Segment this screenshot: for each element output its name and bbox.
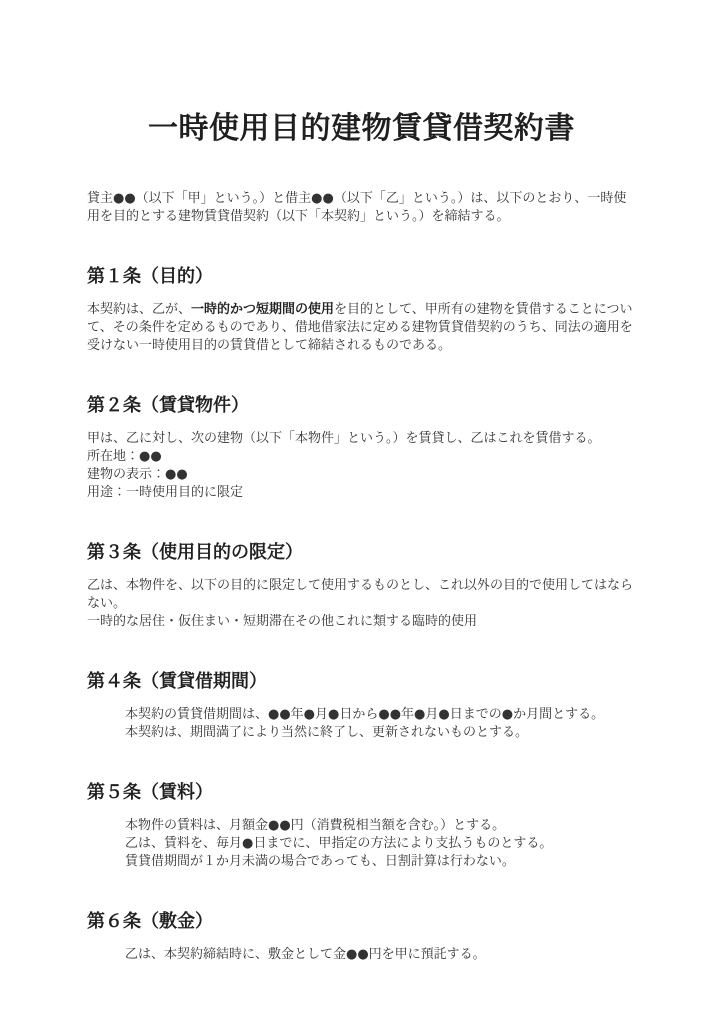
article-line: 乙は、本物件を、以下の目的に限定して使用するものとし、これ以外の目的で使用しては… bbox=[87, 577, 636, 613]
article-body: 本契約の賃貸借期間は、●●年●月●日から●●年●月●日までの●か月間とする。本契… bbox=[87, 706, 636, 742]
articles-container: 第１条（目的） 本契約は、乙が、一時的かつ短期間の使用を目的として、甲所有の建物… bbox=[87, 264, 636, 964]
article-line: 本契約の賃貸借期間は、●●年●月●日から●●年●月●日までの●か月間とする。 bbox=[125, 706, 636, 724]
article-body: 乙は、本契約締結時に、敷金として金●●円を甲に預託する。 bbox=[87, 946, 636, 964]
article-line: 所在地：●● bbox=[87, 448, 636, 466]
article-line: 乙は、本契約締結時に、敷金として金●●円を甲に預託する。 bbox=[125, 946, 636, 964]
body-text: 一時的な居住・仮住まい・短期滞在その他これに類する臨時的使用 bbox=[87, 614, 477, 629]
body-text: 乙は、本契約締結時に、敷金として金●●円を甲に預託する。 bbox=[125, 947, 486, 962]
article-heading: 第１条（目的） bbox=[87, 264, 636, 289]
body-text: 乙は、本物件を、以下の目的に限定して使用するものとし、これ以外の目的で使用しては… bbox=[87, 578, 633, 611]
article-heading: 第２条（賃貸物件） bbox=[87, 393, 636, 418]
document-title: 一時使用目的建物賃貸借契約書 bbox=[87, 108, 636, 150]
article-line: 本物件の賃料は、月額金●●円（消費税相当額を含む。）とする。 bbox=[125, 817, 636, 835]
article-heading: 第６条（敷金） bbox=[87, 909, 636, 934]
article-line: 乙は、賃料を、毎月●日までに、甲指定の方法により支払うものとする。 bbox=[125, 835, 636, 853]
article-section: 第３条（使用目的の限定） 乙は、本物件を、以下の目的に限定して使用するものとし、… bbox=[87, 540, 636, 631]
article-section: 第６条（敷金） 乙は、本契約締結時に、敷金として金●●円を甲に預託する。 bbox=[87, 909, 636, 964]
article-section: 第５条（賃料） 本物件の賃料は、月額金●●円（消費税相当額を含む。）とする。乙は… bbox=[87, 780, 636, 871]
article-line: 用途：一時使用目的に限定 bbox=[87, 484, 636, 502]
body-text: 用途：一時使用目的に限定 bbox=[87, 485, 243, 500]
body-text: 本契約は、乙が、 bbox=[87, 302, 191, 317]
intro-paragraph: 貸主●●（以下「甲」という。）と借主●●（以下「乙」という。）は、以下のとおり、… bbox=[87, 190, 636, 226]
body-text: 本契約の賃貸借期間は、●●年●月●日から●●年●月●日までの●か月間とする。 bbox=[125, 707, 604, 722]
emphasized-text: 一時的かつ短期間の使用 bbox=[191, 302, 334, 317]
body-text: 賃貸借期間が１か月未満の場合であっても、日割計算は行わない。 bbox=[125, 854, 515, 869]
article-section: 第２条（賃貸物件） 甲は、乙に対し、次の建物（以下「本物件」という。）を賃貸し、… bbox=[87, 393, 636, 502]
body-text: 建物の表示：●● bbox=[87, 467, 188, 482]
contract-document-page: 一時使用目的建物賃貸借契約書 貸主●●（以下「甲」という。）と借主●●（以下「乙… bbox=[0, 0, 724, 1024]
article-line: 本契約は、乙が、一時的かつ短期間の使用を目的として、甲所有の建物を賃借することに… bbox=[87, 301, 636, 355]
article-line: 甲は、乙に対し、次の建物（以下「本物件」という。）を賃貸し、乙はこれを賃借する。 bbox=[87, 430, 636, 448]
body-text: 本契約は、期間満了により当然に終了し、更新されないものとする。 bbox=[125, 725, 528, 740]
article-line: 賃貸借期間が１か月未満の場合であっても、日割計算は行わない。 bbox=[125, 853, 636, 871]
body-text: 所在地：●● bbox=[87, 449, 162, 464]
body-text: 本物件の賃料は、月額金●●円（消費税相当額を含む。）とする。 bbox=[125, 818, 505, 833]
article-section: 第１条（目的） 本契約は、乙が、一時的かつ短期間の使用を目的として、甲所有の建物… bbox=[87, 264, 636, 355]
article-line: 一時的な居住・仮住まい・短期滞在その他これに類する臨時的使用 bbox=[87, 613, 636, 631]
article-heading: 第３条（使用目的の限定） bbox=[87, 540, 636, 565]
article-line: 建物の表示：●● bbox=[87, 466, 636, 484]
body-text: 甲は、乙に対し、次の建物（以下「本物件」という。）を賃貸し、乙はこれを賃借する。 bbox=[87, 431, 601, 446]
article-body: 甲は、乙に対し、次の建物（以下「本物件」という。）を賃貸し、乙はこれを賃借する。… bbox=[87, 430, 636, 502]
article-body: 本契約は、乙が、一時的かつ短期間の使用を目的として、甲所有の建物を賃借することに… bbox=[87, 301, 636, 355]
article-section: 第４条（賃貸借期間） 本契約の賃貸借期間は、●●年●月●日から●●年●月●日まで… bbox=[87, 669, 636, 742]
article-heading: 第５条（賃料） bbox=[87, 780, 636, 805]
article-body: 乙は、本物件を、以下の目的に限定して使用するものとし、これ以外の目的で使用しては… bbox=[87, 577, 636, 631]
article-heading: 第４条（賃貸借期間） bbox=[87, 669, 636, 694]
body-text: 乙は、賃料を、毎月●日までに、甲指定の方法により支払うものとする。 bbox=[125, 836, 552, 851]
article-line: 本契約は、期間満了により当然に終了し、更新されないものとする。 bbox=[125, 724, 636, 742]
article-body: 本物件の賃料は、月額金●●円（消費税相当額を含む。）とする。乙は、賃料を、毎月●… bbox=[87, 817, 636, 871]
